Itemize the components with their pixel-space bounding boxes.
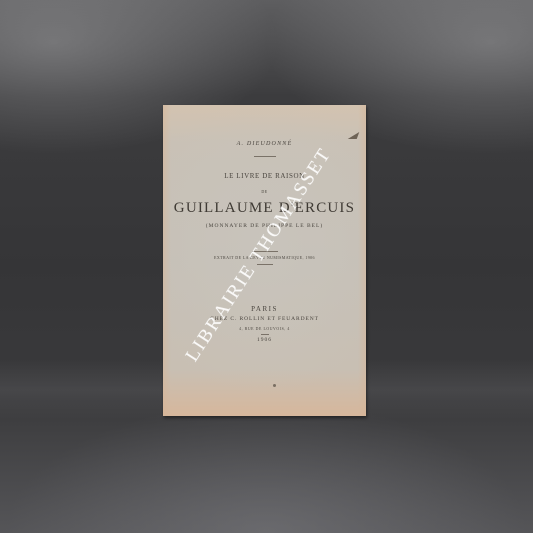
divider-rule <box>254 156 276 157</box>
author-name: A. DIEUDONNÉ <box>163 141 366 147</box>
paper-speck <box>273 384 276 387</box>
booklet-cover: A. DIEUDONNÉ LE LIVRE DE RAISON DE GUILL… <box>163 105 366 416</box>
publisher: CHEZ C. ROLLIN ET FEUARDENT <box>163 316 366 322</box>
publisher-address: 4, RUE DE LOUVOIS, 4 <box>163 327 366 331</box>
divider-rule <box>261 334 269 335</box>
corner-damage <box>348 132 360 139</box>
title-line-1: LE LIVRE DE RAISON <box>163 172 366 180</box>
publication-city: PARIS <box>163 305 366 313</box>
title-connector: DE <box>163 189 366 194</box>
main-title: GUILLAUME D'ERCUIS <box>163 200 366 217</box>
